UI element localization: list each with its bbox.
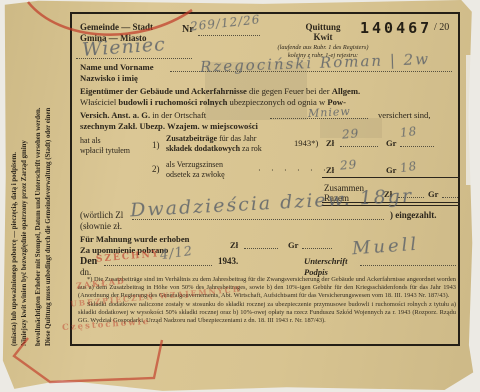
receipt-serial-suffix: / 20 — [434, 22, 449, 33]
nazwisko-label: Nazwisko i imię — [80, 73, 138, 83]
name-dotted-line — [170, 71, 452, 72]
zl4-dotted — [244, 248, 278, 249]
versich-line: Versich. Anst. a. G. in der Ortschaft — [80, 110, 206, 120]
item2-de: als Verzugszinsen — [166, 160, 223, 170]
owner-line-pl: Właściciel budowli i ruchomości rolnych … — [80, 97, 456, 107]
owner-l2a: Właściciel — [80, 97, 118, 107]
gr-label-3: Gr — [428, 189, 439, 199]
owner-l1d: Allgem. — [332, 86, 360, 96]
owner-l2d: Pow- — [327, 97, 346, 107]
szechnym-line: szechnym Zakł. Ubezp. Wzajem. w miejscow… — [80, 121, 258, 131]
owner-l1b: Gebäude und Ackerfahrnisse — [140, 86, 247, 96]
register-note-pl: kolejny z rubr. 1-ej rejestru: — [240, 52, 406, 59]
item1-de: Zusatzbeiträge für das Jahr — [166, 134, 256, 144]
den-label: Den — [80, 256, 97, 267]
register-note-de: (laufende aus Rubr. 1 des Registers) — [240, 44, 406, 51]
name-vorname-label: Name und Vorname — [80, 62, 154, 72]
owner-l2b: budowli i ruchomości rolnych — [118, 97, 227, 107]
item2-number: 2) — [152, 164, 160, 175]
item1-pl: składek dodatkowych za rok — [166, 144, 262, 154]
year-1943-2: 1943. — [218, 256, 238, 267]
footnote-polish: Składki dodatkowe naliczone zostały w st… — [78, 301, 456, 324]
gr1-dotted — [400, 146, 434, 147]
gr3-dotted — [442, 197, 458, 198]
margin-note-de-line2: bevollmächtigten Erheber mit Stempel, Da… — [34, 14, 44, 346]
item1-pl-bold: składek dodatkowych — [166, 144, 240, 153]
item1-number: 1) — [152, 140, 160, 151]
footnote-block: *) Die Zusatzbeiträge sind im Verhältnis… — [78, 276, 456, 327]
scanned-receipt: (miasta) lub upoważnionego poborcę — pie… — [0, 0, 480, 392]
gr4-dotted — [302, 248, 332, 249]
mahnung-de: Für Mahnung wurde erhoben — [80, 234, 189, 244]
footnote-german: *) Die Zusatzbeiträge sind im Verhältnis… — [78, 276, 456, 299]
date-dotted — [104, 265, 212, 266]
zusammen-label: Zusammen — [324, 183, 364, 194]
item1-de-bold: Zusatzbeiträge — [166, 134, 217, 143]
gr-label-1: Gr — [386, 138, 397, 148]
owner-l3a: Versich. Anst. a. G. — [80, 110, 150, 120]
owner-l2c: ubezpieczonych od ognia w — [227, 97, 327, 107]
leader-dots: · · · · · · — [258, 165, 330, 175]
gemeinde-stadt-label: Gemeinde — Stadt — [80, 22, 153, 33]
versichert-sind: versichert sind, — [378, 110, 431, 120]
signature-dotted — [360, 265, 456, 266]
margin-note-pl-line1: Niniejszy kwit winien być bezwzględnie o… — [20, 14, 30, 346]
form-border-box: Gemeinde — Stadt Gmina — Miasto Nr Quitt… — [70, 12, 460, 346]
zl-label-2: Zł — [326, 165, 334, 175]
item2-pl: odsetek za zwłokę — [166, 170, 225, 180]
zl3-dotted — [398, 197, 424, 198]
zl-label-4: Zł — [230, 240, 238, 250]
item1-de-rest: für das Jahr — [217, 134, 256, 143]
nr-label: Nr — [182, 24, 194, 35]
zl-label-3: Zł — [384, 189, 392, 199]
hat-als-label: hat als — [80, 136, 101, 146]
margin-note-pl-line2: (miasta) lub upoważnionego poborcę — pie… — [10, 14, 20, 346]
eingezahlt-label: ) eingezahlt. — [390, 210, 437, 221]
wortlich-label: (wörtlich Zl — [80, 210, 123, 221]
zl1-dotted — [340, 146, 378, 147]
zl-label-1: Zł — [326, 138, 334, 148]
owner-l1c: die gegen Feuer bei der — [247, 86, 332, 96]
owner-l1a: Eigentümer der — [80, 86, 140, 96]
unterschrift-label: Unterschrift — [304, 256, 347, 266]
owner-line-de: Eigentümer der Gebäude und Ackerfahrniss… — [80, 86, 456, 96]
ortschaft-dotted-line — [270, 118, 368, 119]
town-dotted-line — [76, 58, 192, 59]
sum-line-1 — [322, 202, 460, 203]
nr-dotted-line — [198, 35, 260, 36]
margin-note-de-line1: Diese Quittung muss unbedingt durch die … — [44, 14, 54, 346]
margin-instruction-note: (miasta) lub upoważnionego poborcę — pie… — [10, 14, 64, 346]
sum-line-2 — [322, 205, 460, 206]
item1-pl-rest: za rok — [240, 144, 262, 153]
year-1943: 1943*) — [294, 138, 318, 148]
item2-underline — [322, 177, 460, 178]
gr-label-4: Gr — [288, 240, 299, 250]
slownie-label: (słownie zł. — [80, 221, 122, 232]
mahnung-pl: Za upomnienie pobrano — [80, 245, 168, 255]
receipt-serial-number: 140467 — [360, 19, 432, 37]
gmina-miasto-label: Gmina — Miasto — [80, 33, 147, 44]
gr-label-2: Gr — [386, 165, 397, 175]
wplacil-label: wpłacił tytułem — [80, 146, 130, 156]
owner-l3b: in der Ortschaft — [150, 110, 206, 120]
words-dotted — [132, 219, 384, 220]
